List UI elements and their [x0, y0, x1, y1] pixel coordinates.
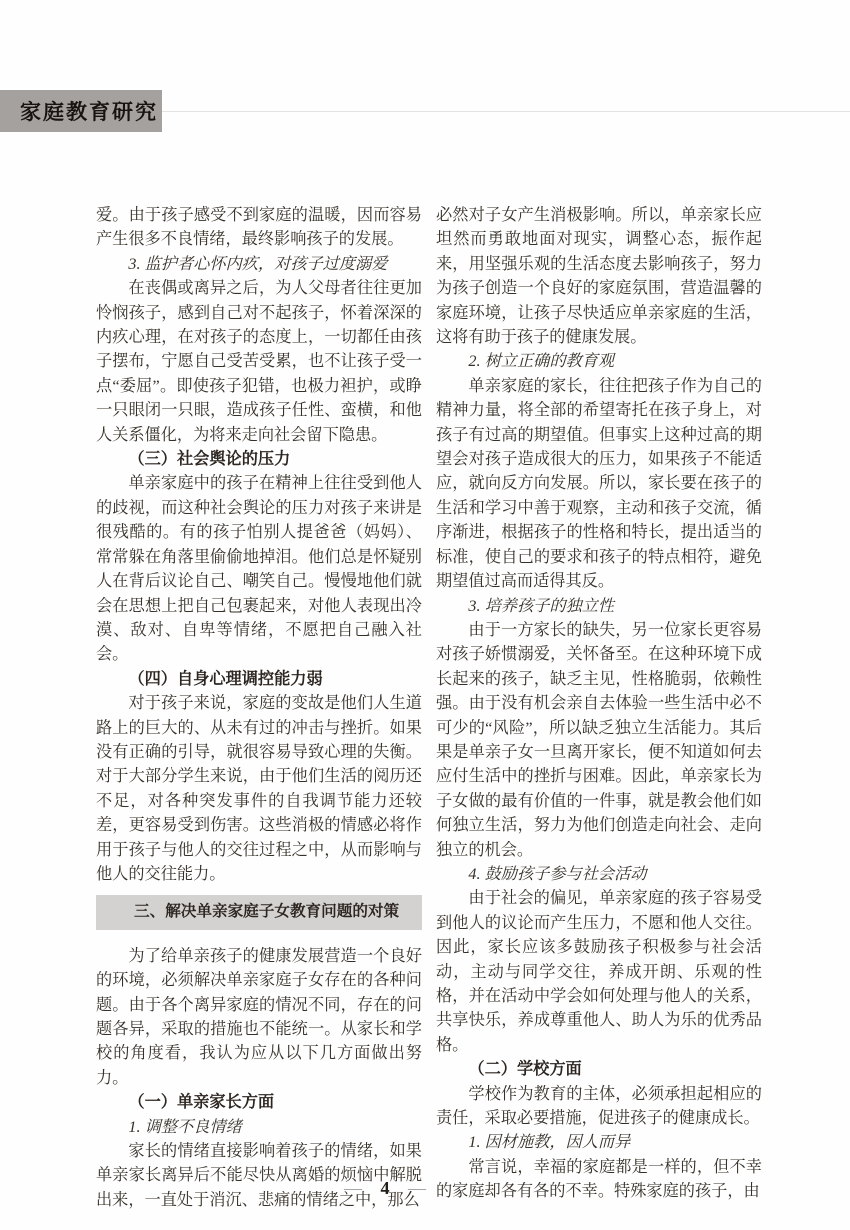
bold-subheading: （一）单亲家长方面	[96, 1090, 422, 1114]
document-page: { "header": { "section_label": "家庭教育研究" …	[0, 0, 850, 1230]
bold-subheading: （三）社会舆论的压力	[96, 447, 422, 471]
article-body: 爱。由于孩子感受不到家庭的温暖，因而容易产生很多不良情绪，最终影响孩子的发展。3…	[96, 203, 762, 1212]
footer-dash-left: —	[344, 1178, 362, 1198]
paragraph-continued: 爱。由于孩子感受不到家庭的温暖，因而容易产生很多不良情绪，最终影响孩子的发展。	[96, 203, 422, 252]
left-column: 爱。由于孩子感受不到家庭的温暖，因而容易产生很多不良情绪，最终影响孩子的发展。3…	[96, 203, 422, 1212]
header-rule	[162, 111, 850, 112]
paragraph: 由于社会的偏见，单亲家庭的孩子容易受到他人的议论而产生压力，不愿和他人交往。因此…	[436, 886, 762, 1057]
numbered-subheading: 3. 培养孩子的独立性	[436, 594, 762, 618]
page-footer: — 4 —	[0, 1178, 770, 1199]
paragraph: 单亲家庭的家长，往往把孩子作为自己的精神力量，将全部的希望寄托在孩子身上，对孩子…	[436, 374, 762, 594]
journal-section-title: 家庭教育研究	[20, 96, 158, 126]
numbered-subheading: 4. 鼓励孩子参与社会活动	[436, 862, 762, 886]
paragraph: 家长的情绪直接影响着孩子的情绪，如果单亲家长离异后不能尽快从离婚的烦恼中解脱出来…	[96, 1139, 422, 1212]
right-column: 必然对子女产生消极影响。所以，单亲家长应坦然而勇敢地面对现实，调整心态，振作起来…	[436, 203, 762, 1212]
numbered-subheading: 1. 因材施教，因人而异	[436, 1130, 762, 1154]
journal-section-header: 家庭教育研究	[0, 90, 162, 132]
paragraph: 在丧偶或离异之后，为人父母者往往更加怜悯孩子，感到自己对不起孩子，怀着深深的内疚…	[96, 276, 422, 447]
bold-subheading: （二）学校方面	[436, 1057, 762, 1081]
page-number: 4	[381, 1178, 390, 1198]
paragraph: 学校作为教育的主体，必须承担起相应的责任，采取必要措施，促进孩子的健康成长。	[436, 1082, 762, 1131]
numbered-subheading: 2. 树立正确的教育观	[436, 349, 762, 373]
numbered-subheading: 1. 调整不良情绪	[96, 1115, 422, 1139]
paragraph-continued: 必然对子女产生消极影响。所以，单亲家长应坦然而勇敢地面对现实，调整心态，振作起来…	[436, 203, 762, 349]
footer-dash-right: —	[408, 1178, 426, 1198]
paragraph: 为了给单亲孩子的健康发展营造一个良好的环境，必须解决单亲家庭子女存在的各种问题。…	[96, 944, 422, 1090]
paragraph: 对于孩子来说，家庭的变故是他们人生道路上的巨大的、从未有过的冲击与挫折。如果没有…	[96, 691, 422, 886]
numbered-subheading: 3. 监护者心怀内疚，对孩子过度溺爱	[96, 252, 422, 276]
paragraph: 由于一方家长的缺失，另一位家长更容易对孩子娇惯溺爱，关怀备至。在这种环境下成长起…	[436, 618, 762, 862]
paragraph: 单亲家庭中的孩子在精神上往往受到他人的歧视，而这种社会舆论的压力对孩子来讲是很残…	[96, 471, 422, 666]
bold-subheading: （四）自身心理调控能力弱	[96, 667, 422, 691]
section-heading: 三、解决单亲家庭子女教育问题的对策	[96, 895, 422, 929]
